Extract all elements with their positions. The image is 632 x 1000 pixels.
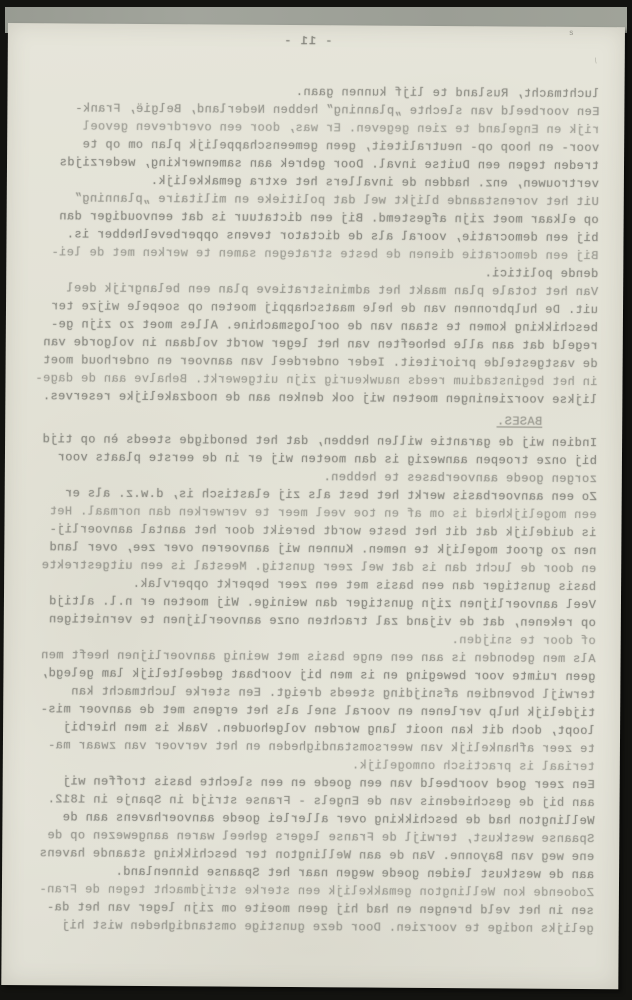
page-number: - 11 - bbox=[276, 34, 340, 48]
text-line: gelijks nodige te voorzien. Door deze gu… bbox=[26, 916, 594, 938]
scanned-page: - 11 - s ⁄ luchtmacht, Rusland te lijf k… bbox=[1, 23, 625, 989]
document-scan-photo: - 11 - s ⁄ luchtmacht, Rusland te lijf k… bbox=[0, 0, 632, 1000]
typewritten-text: luchtmacht, Rusland te lijf kunnen gaan.… bbox=[26, 81, 600, 938]
stray-mark: s bbox=[569, 30, 574, 38]
section-heading: BASES. bbox=[29, 409, 542, 431]
stray-mark: ⁄ bbox=[592, 58, 599, 67]
